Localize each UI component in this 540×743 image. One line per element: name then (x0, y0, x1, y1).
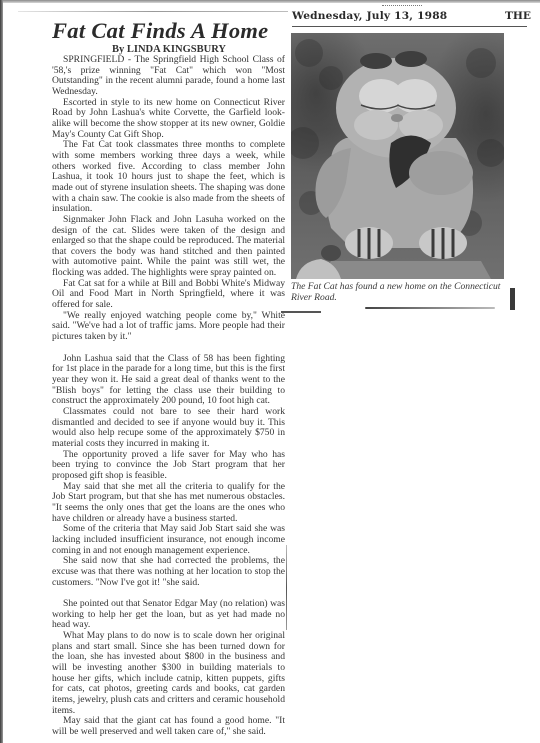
scan-mark (510, 288, 515, 310)
column-rule (286, 545, 287, 630)
caption-rule (365, 307, 495, 309)
article-paragraph: May said that the giant cat has found a … (52, 716, 285, 737)
article-body: SPRINGFIELD - The Springfield High Schoo… (52, 55, 285, 738)
headline: Fat Cat Finds A Home (52, 18, 292, 44)
article-paragraph: "We really enjoyed watching people come … (52, 311, 285, 343)
article-paragraph: What May plans to do now is to scale dow… (52, 631, 285, 716)
article-paragraph: Escorted in style to its new home on Con… (52, 98, 285, 141)
scan-left-edge (0, 0, 3, 743)
article-paragraph: She said now that she had corrected the … (52, 556, 285, 588)
article-paragraph: Fat Cat sat for a while at Bill and Bobb… (52, 279, 285, 311)
dateline-date: Wednesday, July 13, 1988 (292, 10, 447, 22)
article-paragraph: She pointed out that Senator Edgar May (… (52, 599, 285, 631)
garfield-statue-illustration (291, 33, 504, 279)
garfield-statue-photo (291, 33, 504, 279)
top-rule (18, 11, 288, 12)
article-paragraph: John Lashua said that the Class of 58 ha… (52, 354, 285, 407)
article-paragraph: The opportunity proved a life saver for … (52, 450, 285, 482)
article-paragraph: SPRINGFIELD - The Springfield High Schoo… (52, 55, 285, 98)
photo-caption: The Fat Cat has found a new home on the … (291, 282, 503, 303)
pen-mark (382, 1, 422, 6)
article-paragraph: May said that she met all the criteria t… (52, 482, 285, 525)
caption-rule (281, 311, 321, 313)
article-paragraph: Some of the criteria that May said Job S… (52, 524, 285, 556)
article-paragraph: The Fat Cat took classmates three months… (52, 140, 285, 215)
scan-top-edge (0, 0, 540, 3)
article-paragraph: Classmates could not bare to see their h… (52, 407, 285, 450)
article-paragraph: Signmaker John Flack and John Lasuha wor… (52, 215, 285, 279)
newspaper-name-fragment: THE (505, 10, 531, 22)
